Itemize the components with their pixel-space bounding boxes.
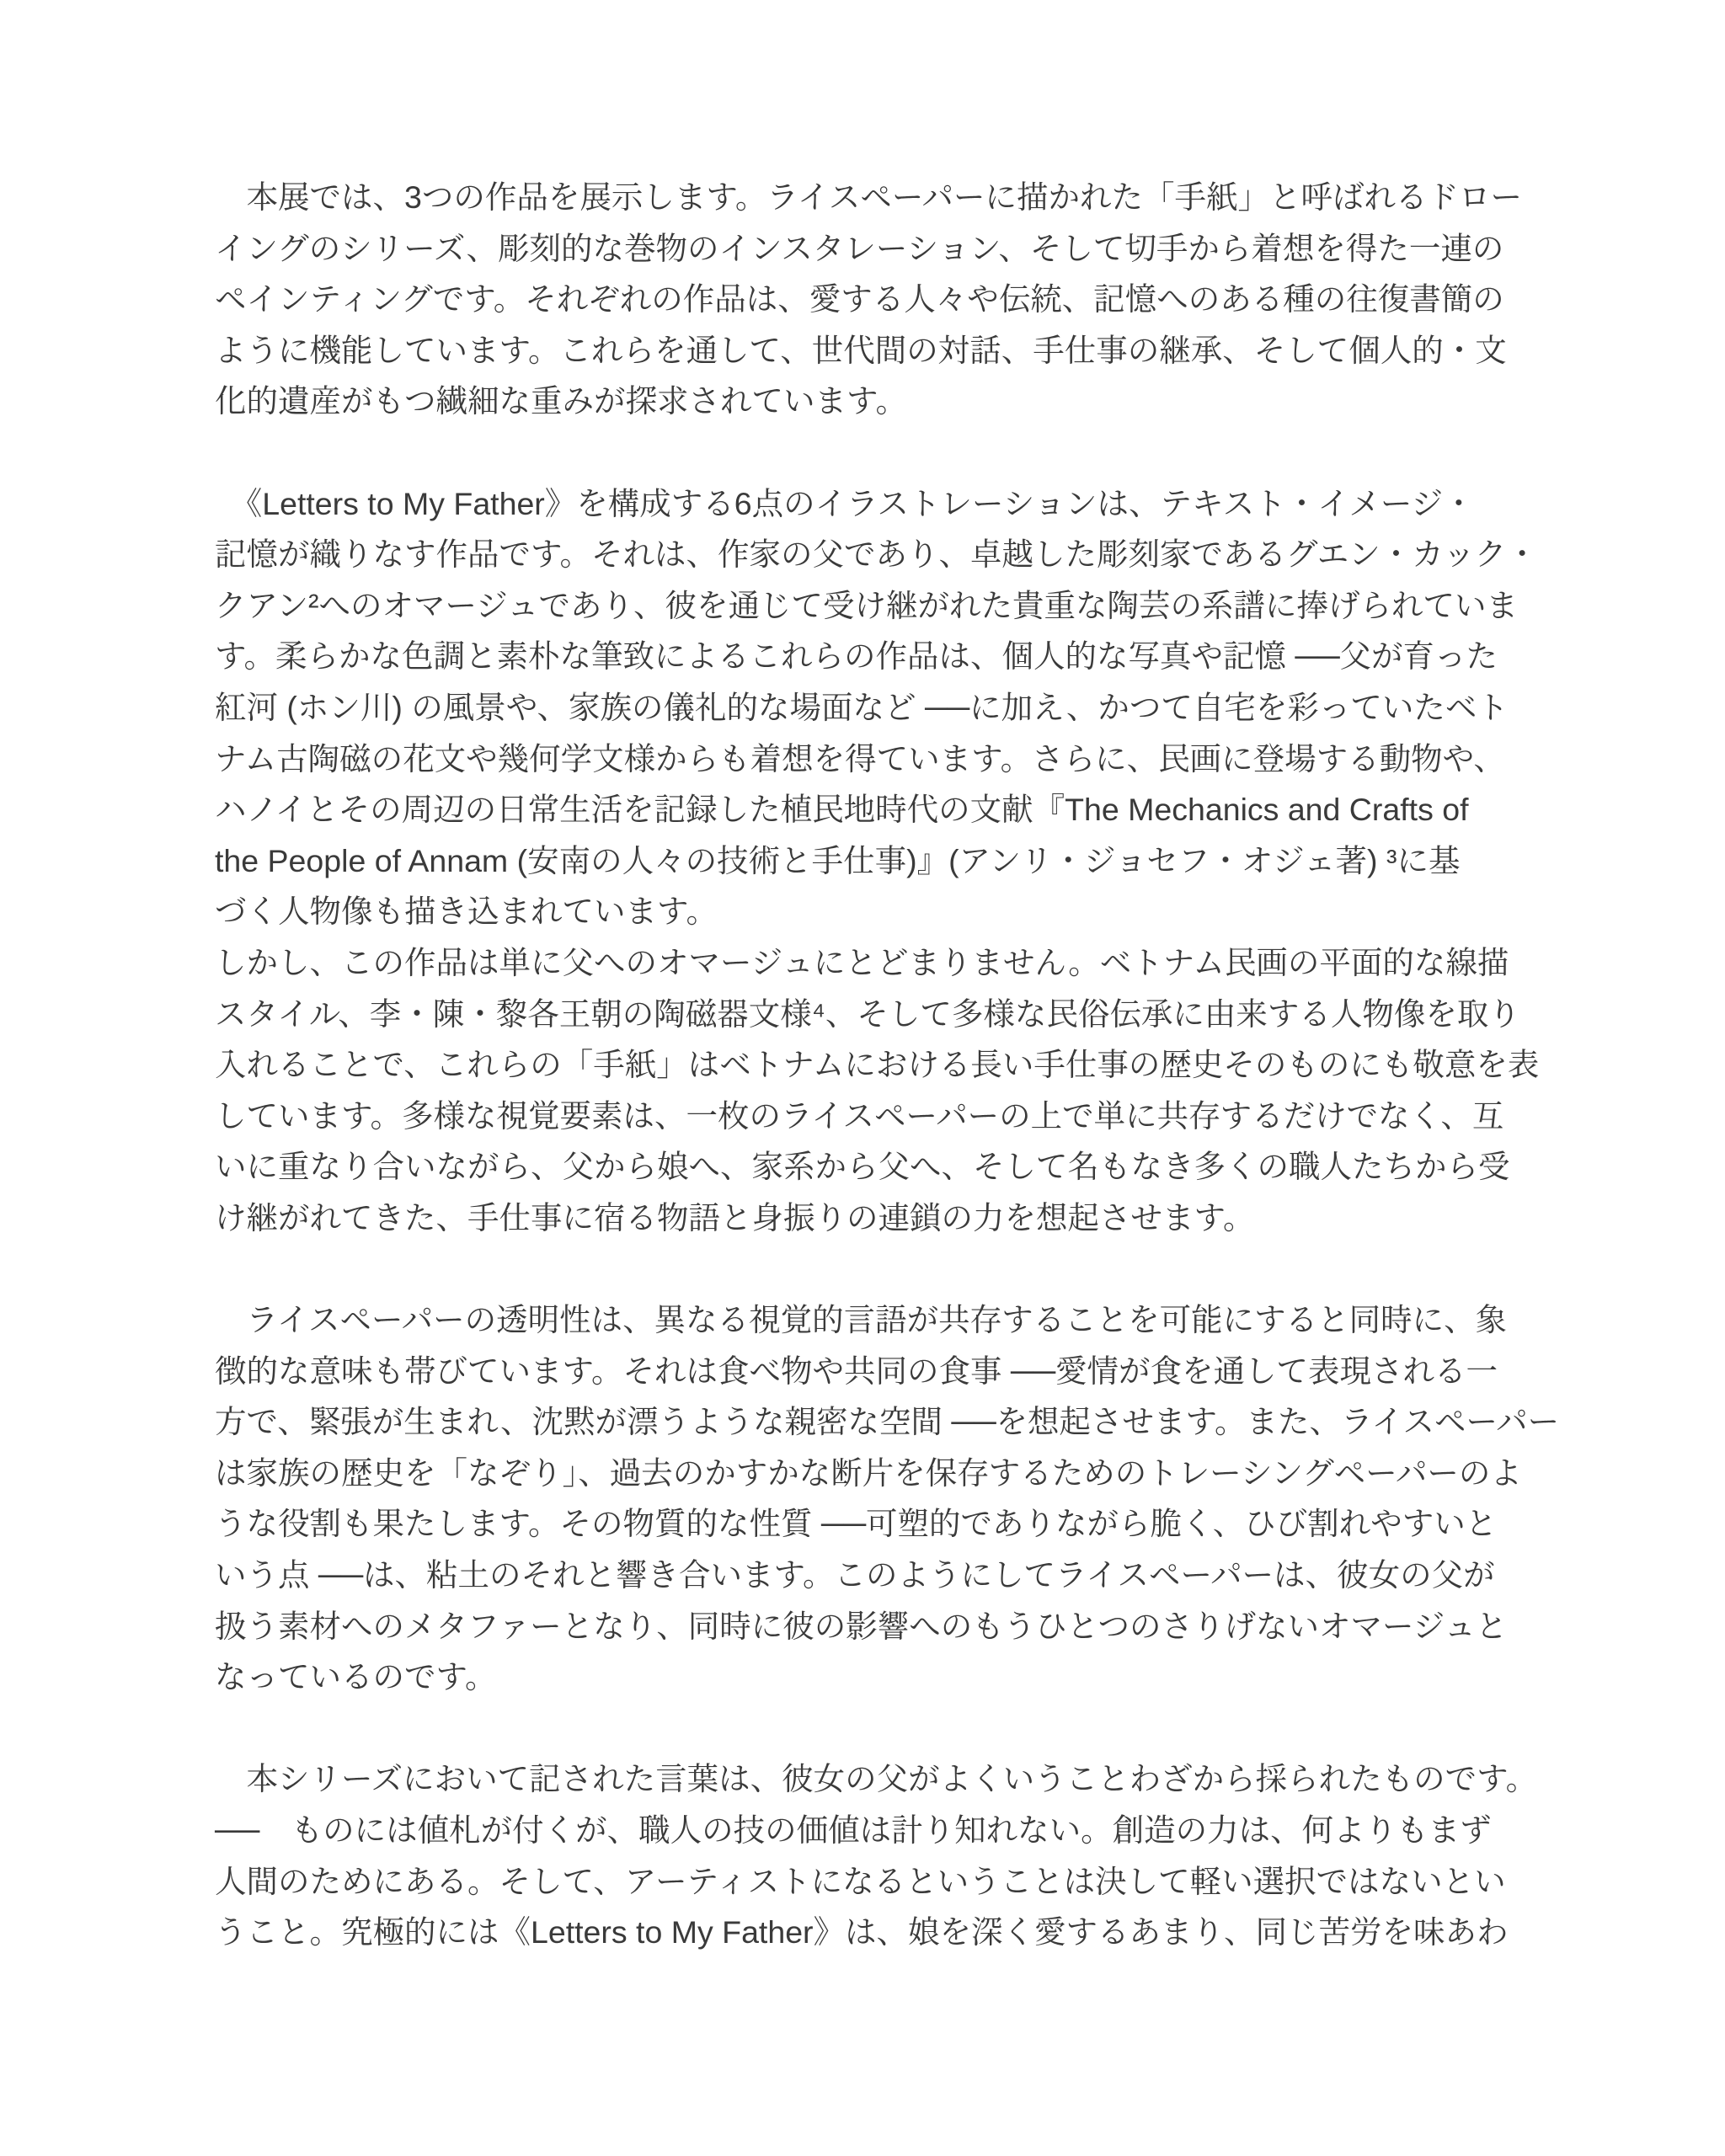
text-line: しかし、この作品は単に父へのオマージュにとどまりません。ベトナム民画の平面的な線…: [215, 937, 1523, 989]
text-line: 記憶が織りなす作品です。それは、作家の父であり、卓越した彫刻家であるグエン・カッ…: [215, 529, 1523, 580]
text-line: 本シリーズにおいて記された言葉は、彼女の父がよくいうことわざから採られたものです…: [215, 1753, 1523, 1805]
text-line: 徴的な意味も帯びています。それは食べ物や共同の食事 ──愛情が食を通して表現され…: [215, 1346, 1523, 1397]
paragraph-craft-history-homage: しかし、この作品は単に父へのオマージュにとどまりません。ベトナム民画の平面的な線…: [215, 937, 1523, 1244]
text-line: け継がれてきた、手仕事に宿る物語と身振りの連鎖の力を想起させます。: [215, 1193, 1523, 1244]
text-line: the People of Annam (安南の人々の技術と手仕事)』(アンリ・…: [215, 835, 1523, 887]
text-line: は家族の歴史を「なぞり」、過去のかすかな断片を保存するためのトレーシングペーパー…: [215, 1448, 1523, 1499]
text-line: しています。多様な視覚要素は、一枚のライスペーパーの上で単に共存するだけでなく、…: [215, 1091, 1523, 1142]
text-line: 《Letters to My Father》を構成する6点のイラストレーションは…: [215, 478, 1523, 530]
text-line: 扱う素材へのメタファーとなり、同時に彼の影響へのもうひとつのさりげないオマージュ…: [215, 1601, 1523, 1652]
text-line: づく人物像も描き込まれています。: [215, 886, 1523, 937]
text-line: うこと。究極的には《Letters to My Father》は、娘を深く愛する…: [215, 1907, 1523, 1958]
paragraph-ricepaper-symbolism: ライスペーパーの透明性は、異なる視覚的言語が共存することを可能にすると同時に、象…: [215, 1294, 1523, 1703]
text-line: す。柔らかな色調と素朴な筆致によるこれらの作品は、個人的な写真や記憶 ──父が育…: [215, 631, 1523, 682]
text-line: 紅河 (ホン川) の風景や、家族の儀礼的な場面など ──に加え、かつて自宅を彩っ…: [215, 682, 1523, 734]
text-line: いに重なり合いながら、父から娘へ、家系から父へ、そして名もなき多くの職人たちから…: [215, 1141, 1523, 1193]
document-page: 本展では、3つの作品を展示します。ライスペーパーに描かれた「手紙」と呼ばれるドロ…: [0, 0, 1725, 2156]
text-line: ペインティングです。それぞれの作品は、愛する人々や伝統、記憶へのある種の往復書簡…: [215, 274, 1523, 325]
text-line: 方で、緊張が生まれ、沈黙が漂うような親密な空間 ──を想起させます。また、ライス…: [215, 1396, 1523, 1448]
paragraph-letters-to-my-father-description: 《Letters to My Father》を構成する6点のイラストレーションは…: [215, 478, 1523, 937]
paragraph-exhibition-intro: 本展では、3つの作品を展示します。ライスペーパーに描かれた「手紙」と呼ばれるドロ…: [215, 172, 1523, 427]
text-line: ナム古陶磁の花文や幾何学文様からも着想を得ています。さらに、民画に登場する動物や…: [215, 734, 1523, 785]
text-line: クアン²へのオマージュであり、彼を通じて受け継がれた貴重な陶芸の系譜に捧げられて…: [215, 580, 1523, 632]
text-line: ライスペーパーの透明性は、異なる視覚的言語が共存することを可能にすると同時に、象: [215, 1294, 1523, 1346]
text-line: うな役割も果たします。その物質的な性質 ──可塑的でありながら脆く、ひび割れやす…: [215, 1498, 1523, 1550]
text-line: なっているのです。: [215, 1652, 1523, 1703]
text-line: ように機能しています。これらを通して、世代間の対話、手仕事の継承、そして個人的・…: [215, 325, 1523, 376]
text-line: 本展では、3つの作品を展示します。ライスペーパーに描かれた「手紙」と呼ばれるドロ…: [215, 172, 1523, 223]
text-line: 化的遺産がもつ繊細な重みが探求されています。: [215, 376, 1523, 427]
text-line: スタイル、李・陳・黎各王朝の陶磁器文様⁴、そして多様な民俗伝承に由来する人物像を…: [215, 989, 1523, 1040]
text-line: いう点 ──は、粘土のそれと響き合います。このようにしてライスペーパーは、彼女の…: [215, 1550, 1523, 1601]
text-line: イングのシリーズ、彫刻的な巻物のインスタレーション、そして切手から着想を得た一連…: [215, 223, 1523, 275]
text-line: ハノイとその周辺の日常生活を記録した植民地時代の文献『The Mechanics…: [215, 784, 1523, 835]
text-line: 入れることで、これらの「手紙」はベトナムにおける長い手仕事の歴史そのものにも敬意…: [215, 1039, 1523, 1091]
paragraph-fathers-proverbs: 本シリーズにおいて記された言葉は、彼女の父がよくいうことわざから採られたものです…: [215, 1753, 1523, 1957]
text-line: 人間のためにある。そして、アーティストになるということは決して軽い選択ではないと…: [215, 1856, 1523, 1908]
text-line: ── ものには値札が付くが、職人の技の価値は計り知れない。創造の力は、何よりもま…: [215, 1805, 1523, 1856]
